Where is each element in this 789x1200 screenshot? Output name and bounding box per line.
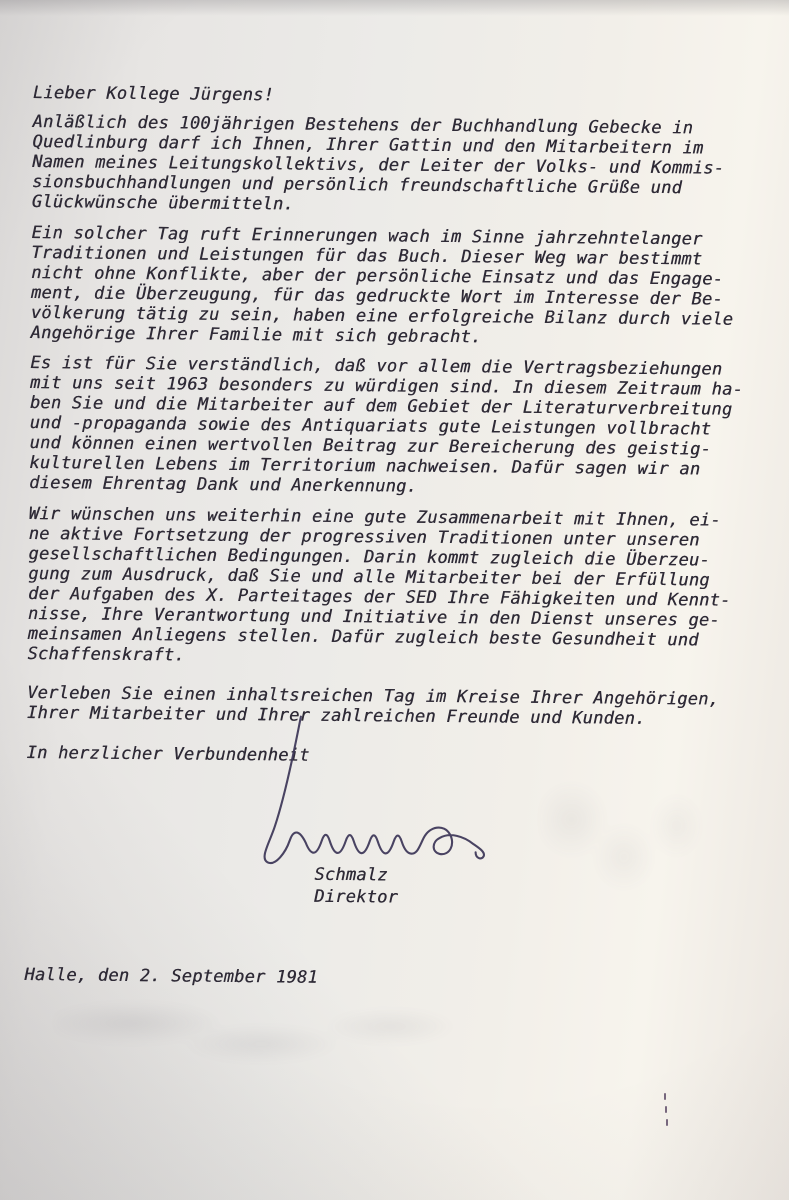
- scanned-letter-page: Lieber Kollege Jürgens! Anläßlich des 10…: [0, 0, 789, 1200]
- stray-ink-mark: [665, 1106, 667, 1113]
- handwritten-signature-icon: [247, 702, 499, 879]
- letter-paragraph-2: Ein solcher Tag ruft Erinnerungen wach i…: [30, 223, 769, 350]
- letter-paragraph-4: Wir wünschen uns weiterhin eine gute Zus…: [27, 504, 767, 671]
- stray-ink-mark: [666, 1119, 668, 1126]
- reverse-side-bleedthrough: [540, 782, 715, 907]
- stray-ink-mark: [664, 1093, 666, 1100]
- letter-paragraph-1: Anläßlich des 100jährigen Bestehens der …: [32, 112, 771, 219]
- letter-paragraph-3: Es ist für Sie verständlich, daß vor all…: [29, 353, 768, 500]
- letter-salutation: Lieber Kollege Jürgens!: [33, 83, 771, 110]
- reverse-side-bleedthrough: [55, 1002, 485, 1072]
- letter-dateline: Halle, den 2. September 1981: [24, 965, 762, 992]
